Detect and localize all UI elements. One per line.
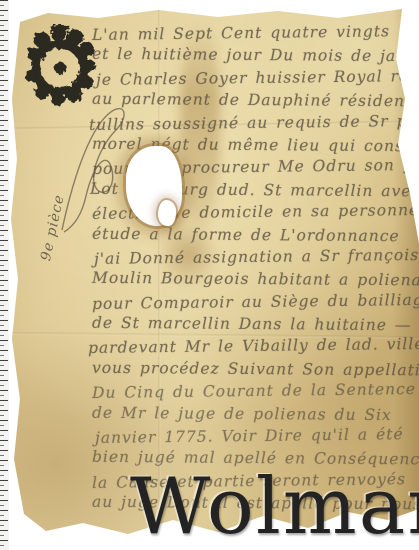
- manuscript-line-2: et le huitième jour Du mois de janvier: [92, 43, 412, 68]
- manuscript-line-15: pardevant Mr le Vibailly de lad. ville: [88, 333, 412, 359]
- manuscript-line-5: tullins soussigné au requis de Sr pierre: [89, 110, 412, 136]
- photographed-document: 9e pièce L'an mil Sept Cent quatre vingt…: [0, 0, 419, 550]
- scale-major-ticks: [0, 0, 8, 550]
- manuscript-line-18: de Mr le juge de polienas du Six: [92, 401, 412, 426]
- manuscript-line-13: pour Comparoir au Siège du bailliage: [92, 289, 412, 315]
- manuscript-line-10: étude a la forme de L'ordonnance: [92, 222, 412, 247]
- manuscript-line-17: Du Cinq du Courant de la Sentence: [92, 378, 412, 404]
- manuscript-lines: L'an mil Sept Cent quatre vingtset le hu…: [92, 22, 412, 515]
- measuring-scale: [0, 0, 9, 550]
- paper-hole-small: [158, 200, 176, 226]
- manuscript-line-4: au parlement de Dauphiné résident à: [92, 88, 412, 113]
- fiscal-stamp-icon: [20, 24, 100, 110]
- wolmar-watermark: Wolmar: [130, 462, 419, 550]
- manuscript-line-12: Moulin Bourgeois habitant a polienas: [92, 267, 412, 292]
